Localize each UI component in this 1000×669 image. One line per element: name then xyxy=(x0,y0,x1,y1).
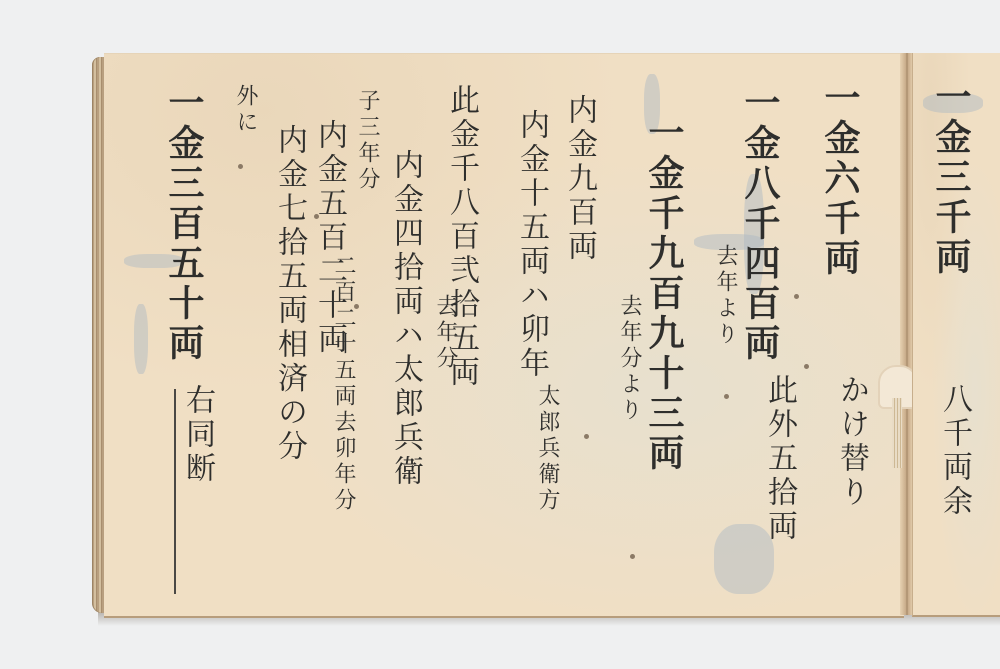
right-page: 一金三千両 八千両余 xyxy=(912,53,1000,617)
ledger-column: 二百二十五両去卯年分 xyxy=(332,254,354,514)
wormhole xyxy=(584,434,589,439)
wormhole xyxy=(238,164,243,169)
water-stain xyxy=(134,304,148,374)
wormhole xyxy=(724,394,729,399)
bracket-line xyxy=(174,389,176,594)
ledger-column: 外に xyxy=(234,84,256,136)
left-page: 一金三百五十両 外に 右同断 子三年分 内金五百二十両 内金七拾五両相済の分 二… xyxy=(104,53,904,618)
wormhole xyxy=(804,364,809,369)
ledger-column: 去年分より xyxy=(618,294,640,424)
ledger-column: 去年より xyxy=(714,244,736,348)
ledger-column: 右同断 xyxy=(182,384,212,486)
ledger-column: 太郎兵衛方 xyxy=(536,384,558,514)
wormhole xyxy=(794,294,799,299)
ledger-column: 一金三千両 xyxy=(933,78,969,278)
ledger-column: 内金九百両 xyxy=(564,94,594,264)
ledger-column: 一金六千両 xyxy=(822,79,858,279)
ledger-book: 一金三百五十両 外に 右同断 子三年分 内金五百二十両 内金七拾五両相済の分 二… xyxy=(92,53,1000,615)
ledger-column: 内金七拾五両相済の分 xyxy=(274,124,304,464)
binding-thread-tail xyxy=(892,398,902,468)
ledger-column: 一金三百五十両 xyxy=(166,84,202,364)
wormhole xyxy=(630,554,635,559)
ledger-column: 内金十五両ハ卯年 xyxy=(516,109,546,381)
ledger-column: 一金千九百九十三両 xyxy=(646,114,682,474)
ledger-column: 八千両余 xyxy=(939,383,969,519)
ledger-column: かけ替り xyxy=(836,374,866,510)
ledger-column: 去年分 xyxy=(434,294,456,372)
ledger-column: 此外五拾両 xyxy=(764,374,794,544)
ledger-column: 一金八千四百両 xyxy=(742,84,778,364)
ledger-column: 子三年分 xyxy=(356,89,378,193)
ledger-column: 内金四拾両ハ太郎兵衛 xyxy=(390,149,420,489)
